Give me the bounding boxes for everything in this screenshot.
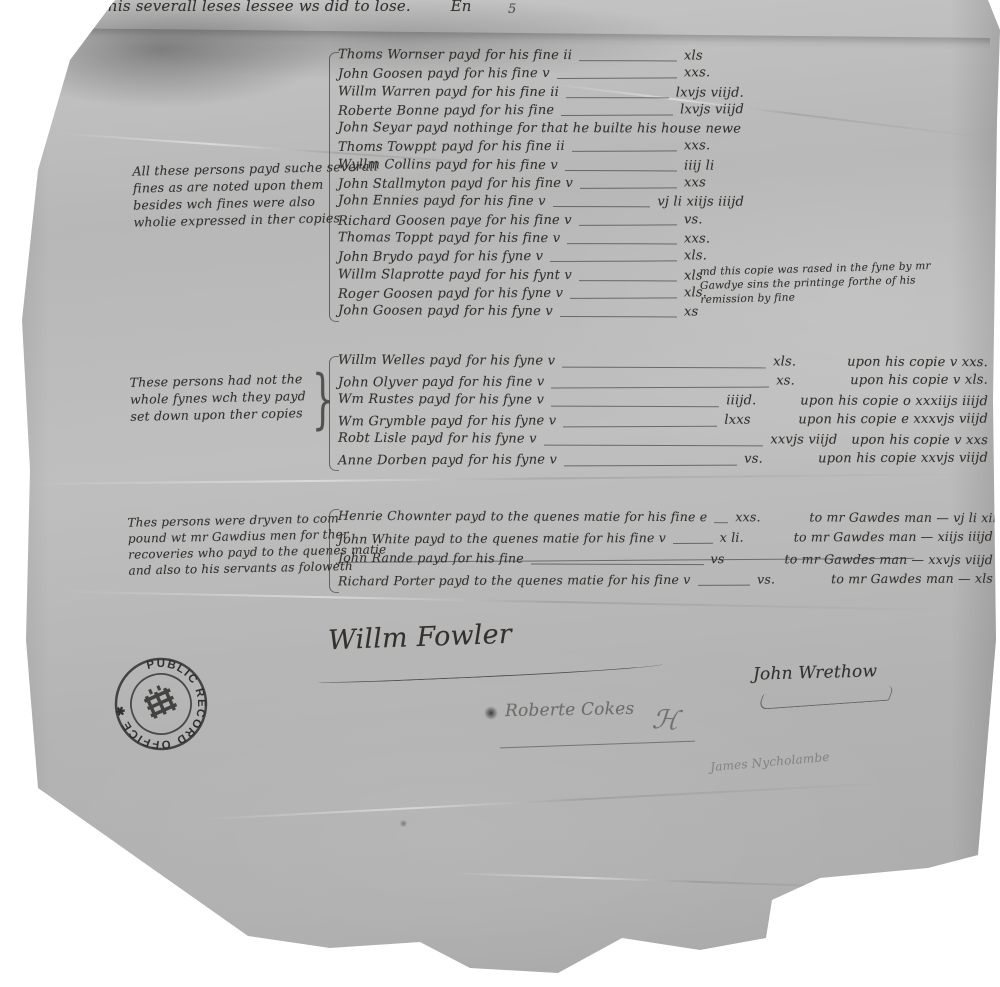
entry-row: Willm Slaprotte payd for his fynt v xls <box>338 266 758 286</box>
entry-text: Thoms Wornser payd for his fine ii <box>338 46 572 65</box>
entry-row: Robt Lisle payd for his fyne v xxvjs vii… <box>338 429 988 451</box>
signature-paraph: ℋ <box>651 704 680 737</box>
entry-amount: vs <box>711 548 771 569</box>
entry-amount: xxs. <box>684 64 744 83</box>
entry-row: John Goosen payd for his fine v xxs. <box>338 64 758 84</box>
entry-note: upon his copie v xls. <box>850 370 988 390</box>
ruled-dash <box>531 564 704 566</box>
fines-list-1: Thoms Wornser payd for his fine ii xls J… <box>338 47 758 321</box>
entry-text: Richard Goosen paye for his fine v <box>338 212 572 231</box>
entry-row: Willm Welles payd for his fyne v xls. up… <box>338 351 988 373</box>
entry-amount: vj li xiijs iiijd <box>657 194 744 213</box>
entry-text: Robt Lisle payd for his fyne v <box>338 429 537 449</box>
entry-row: Roger Goosen payd for his fyne v xls. <box>338 284 758 304</box>
ink-blot <box>399 820 408 827</box>
ruled-dash <box>714 522 728 523</box>
ruled-dash <box>562 366 766 368</box>
margin-note-line: set down upon ther copies <box>130 404 306 425</box>
entry-row: Richard Goosen paye for his fine v vs. <box>338 211 758 231</box>
entry-text: Wm Rustes payd for his fyne v <box>338 390 544 410</box>
ruled-dash <box>572 151 677 152</box>
entry-text: Richard Porter payd to the quenes matie … <box>338 569 691 592</box>
crease-line <box>30 473 970 485</box>
entry-row: Anne Dorben payd for his fyne v vs. upon… <box>338 449 988 471</box>
fines-list-2: Willm Welles payd for his fyne v xls. up… <box>338 352 988 470</box>
entry-text: John Goosen payd for his fine v <box>338 65 550 84</box>
manuscript-photo: his severall leses lessee ws did to lose… <box>0 0 1000 987</box>
entry-row: Richard Porter payd to the quenes matie … <box>338 568 993 592</box>
ruled-dash <box>561 115 673 116</box>
entry-amount: xxvjs viijd <box>770 431 837 451</box>
ruled-dash <box>673 543 713 544</box>
fines-list-3: Henrie Chownter payd to the quenes matie… <box>338 506 993 590</box>
entry-row: John White payd to the quenes matie for … <box>338 526 993 550</box>
entry-text: John Rande payd for his fine <box>338 547 524 569</box>
signature-flourish <box>318 660 663 684</box>
entry-amount: xxs <box>684 174 744 193</box>
entry-amount: xs. <box>776 371 836 391</box>
entry-note: upon his copie xxvjs viijd <box>818 449 988 469</box>
ruled-dash <box>580 188 677 189</box>
ruled-dash <box>557 78 677 80</box>
top-fragment-text: his severall leses lessee ws did to lose… <box>108 0 472 15</box>
entry-note: to mr Gawdes man — xls <box>831 568 993 590</box>
ruled-dash <box>564 464 737 466</box>
signature-roberte-cokes: Roberte Cokes <box>505 699 635 721</box>
entry-amount: vs. <box>684 211 744 230</box>
entry-text: John Ennies payd for his fine v <box>338 193 546 212</box>
margin-brace: } <box>312 362 334 438</box>
entry-amount: lxxs <box>724 410 784 430</box>
entry-text: John Brydo payd for his fyne v <box>338 248 543 267</box>
entry-row: Thomas Toppt payd for his fine v xxs. <box>338 229 758 249</box>
entry-row: Roberte Bonne payd for his fine lxvjs vi… <box>338 101 758 121</box>
signature-john-wrethow: John Wrethow <box>753 661 878 684</box>
side-note-1: md this copie was rased in the fyne by m… <box>699 259 931 307</box>
entry-row: Henrie Chownter payd to the quenes matie… <box>338 505 993 528</box>
entry-text: Thomas Toppt payd for his fine v <box>338 229 560 248</box>
ink-blot <box>484 706 498 720</box>
entry-amount: lxvjs viijd <box>680 101 744 120</box>
ruled-dash <box>579 224 677 225</box>
ruled-dash <box>550 261 677 263</box>
signature-willm-fowler: Willm Fowler <box>328 619 513 656</box>
entry-text: Willm Slaprotte payd for his fynt v <box>338 266 572 285</box>
entry-text: Thoms Towppt payd for his fine ii <box>338 138 565 157</box>
crease-line <box>200 782 899 821</box>
portcullis-icon <box>141 682 178 720</box>
entry-text: Willm Warren payd for his fine ii <box>338 83 559 102</box>
ruled-dash <box>551 386 769 388</box>
entry-amount: x li. <box>720 527 780 548</box>
signature-faint: James Nycholambe <box>710 750 830 774</box>
entry-amount: iiij li <box>684 157 744 176</box>
entry-amount: lxvjs viijd. <box>676 84 744 103</box>
ruled-dash <box>544 445 764 447</box>
ruled-dash <box>551 405 719 407</box>
ruled-dash <box>566 97 669 98</box>
entry-amount: vs. <box>744 449 804 469</box>
entry-row: John Stallmyton payd for his fine v xxs <box>338 174 758 194</box>
entry-row: Thoms Towppt payd for his fine ii xxs. <box>338 138 758 158</box>
public-record-office-stamp: PUBLIC RECORD OFFICE ✱ <box>98 641 225 768</box>
entry-row: John Seyar payd nothinge for that he bui… <box>338 119 758 139</box>
entry-row: Wyllm Collins payd for his fine v iiij l… <box>338 156 758 176</box>
ruled-dash <box>570 298 677 299</box>
entry-amount: xls. <box>773 352 833 372</box>
entry-text: Roberte Bonne payd for his fine <box>338 102 554 121</box>
signature-flourish <box>500 735 695 749</box>
ruled-dash <box>579 280 677 281</box>
ruled-dash <box>553 207 651 208</box>
parchment-sheet: his severall leses lessee ws did to lose… <box>0 0 1000 987</box>
entry-amount: xxs. <box>684 138 744 157</box>
entry-row: Wm Rustes payd for his fyne v iiijd. upo… <box>338 390 988 412</box>
entry-note: to mr Gawdes man — xiijs iiijd <box>794 526 993 548</box>
margin-note-2: These persons had not thewhole fynes wch… <box>129 370 306 425</box>
entry-row: Willm Warren payd for his fine ii lxvjs … <box>338 83 758 103</box>
entry-text: Henrie Chownter payd to the quenes matie… <box>338 505 707 527</box>
ruled-dash <box>567 243 677 244</box>
entry-amount: iiijd. <box>726 391 786 411</box>
entry-amount: xxs. <box>735 506 795 527</box>
entry-text: Anne Dorben payd for his fyne v <box>338 450 557 471</box>
entry-row: John Goosen payd for his fyne v xs <box>338 302 758 322</box>
entry-text: Wyllm Collins payd for his fine v <box>338 156 558 175</box>
top-fragment-number: 5 <box>508 2 516 17</box>
ruled-dash <box>563 425 717 427</box>
crease-line <box>450 872 900 890</box>
entry-amount: xxs. <box>684 230 744 249</box>
entry-text: John Seyar payd nothinge for that he bui… <box>338 119 741 139</box>
ruled-dash <box>579 60 677 61</box>
entry-text: John Goosen payd for his fyne v <box>338 302 553 321</box>
entry-row: John Brydo payd for his fyne v xls. <box>338 247 758 267</box>
entry-row: John Ennies payd for his fine v vj li xi… <box>338 193 758 213</box>
entry-row: John Rande payd for his fine vs to mr Ga… <box>338 547 993 570</box>
signature-paraph <box>757 685 895 710</box>
entry-text: Roger Goosen payd for his fyne v <box>338 285 563 304</box>
entry-amount: vs. <box>757 568 817 589</box>
ruled-dash <box>565 170 677 171</box>
ruled-dash <box>698 585 751 586</box>
crease-line <box>60 591 960 612</box>
entry-note: upon his copie e xxxvjs viijd <box>798 409 988 429</box>
entry-row: Thoms Wornser payd for his fine ii xls <box>338 46 758 66</box>
ruled-dash <box>560 316 677 317</box>
entry-text: Willm Welles payd for his fyne v <box>338 351 555 371</box>
